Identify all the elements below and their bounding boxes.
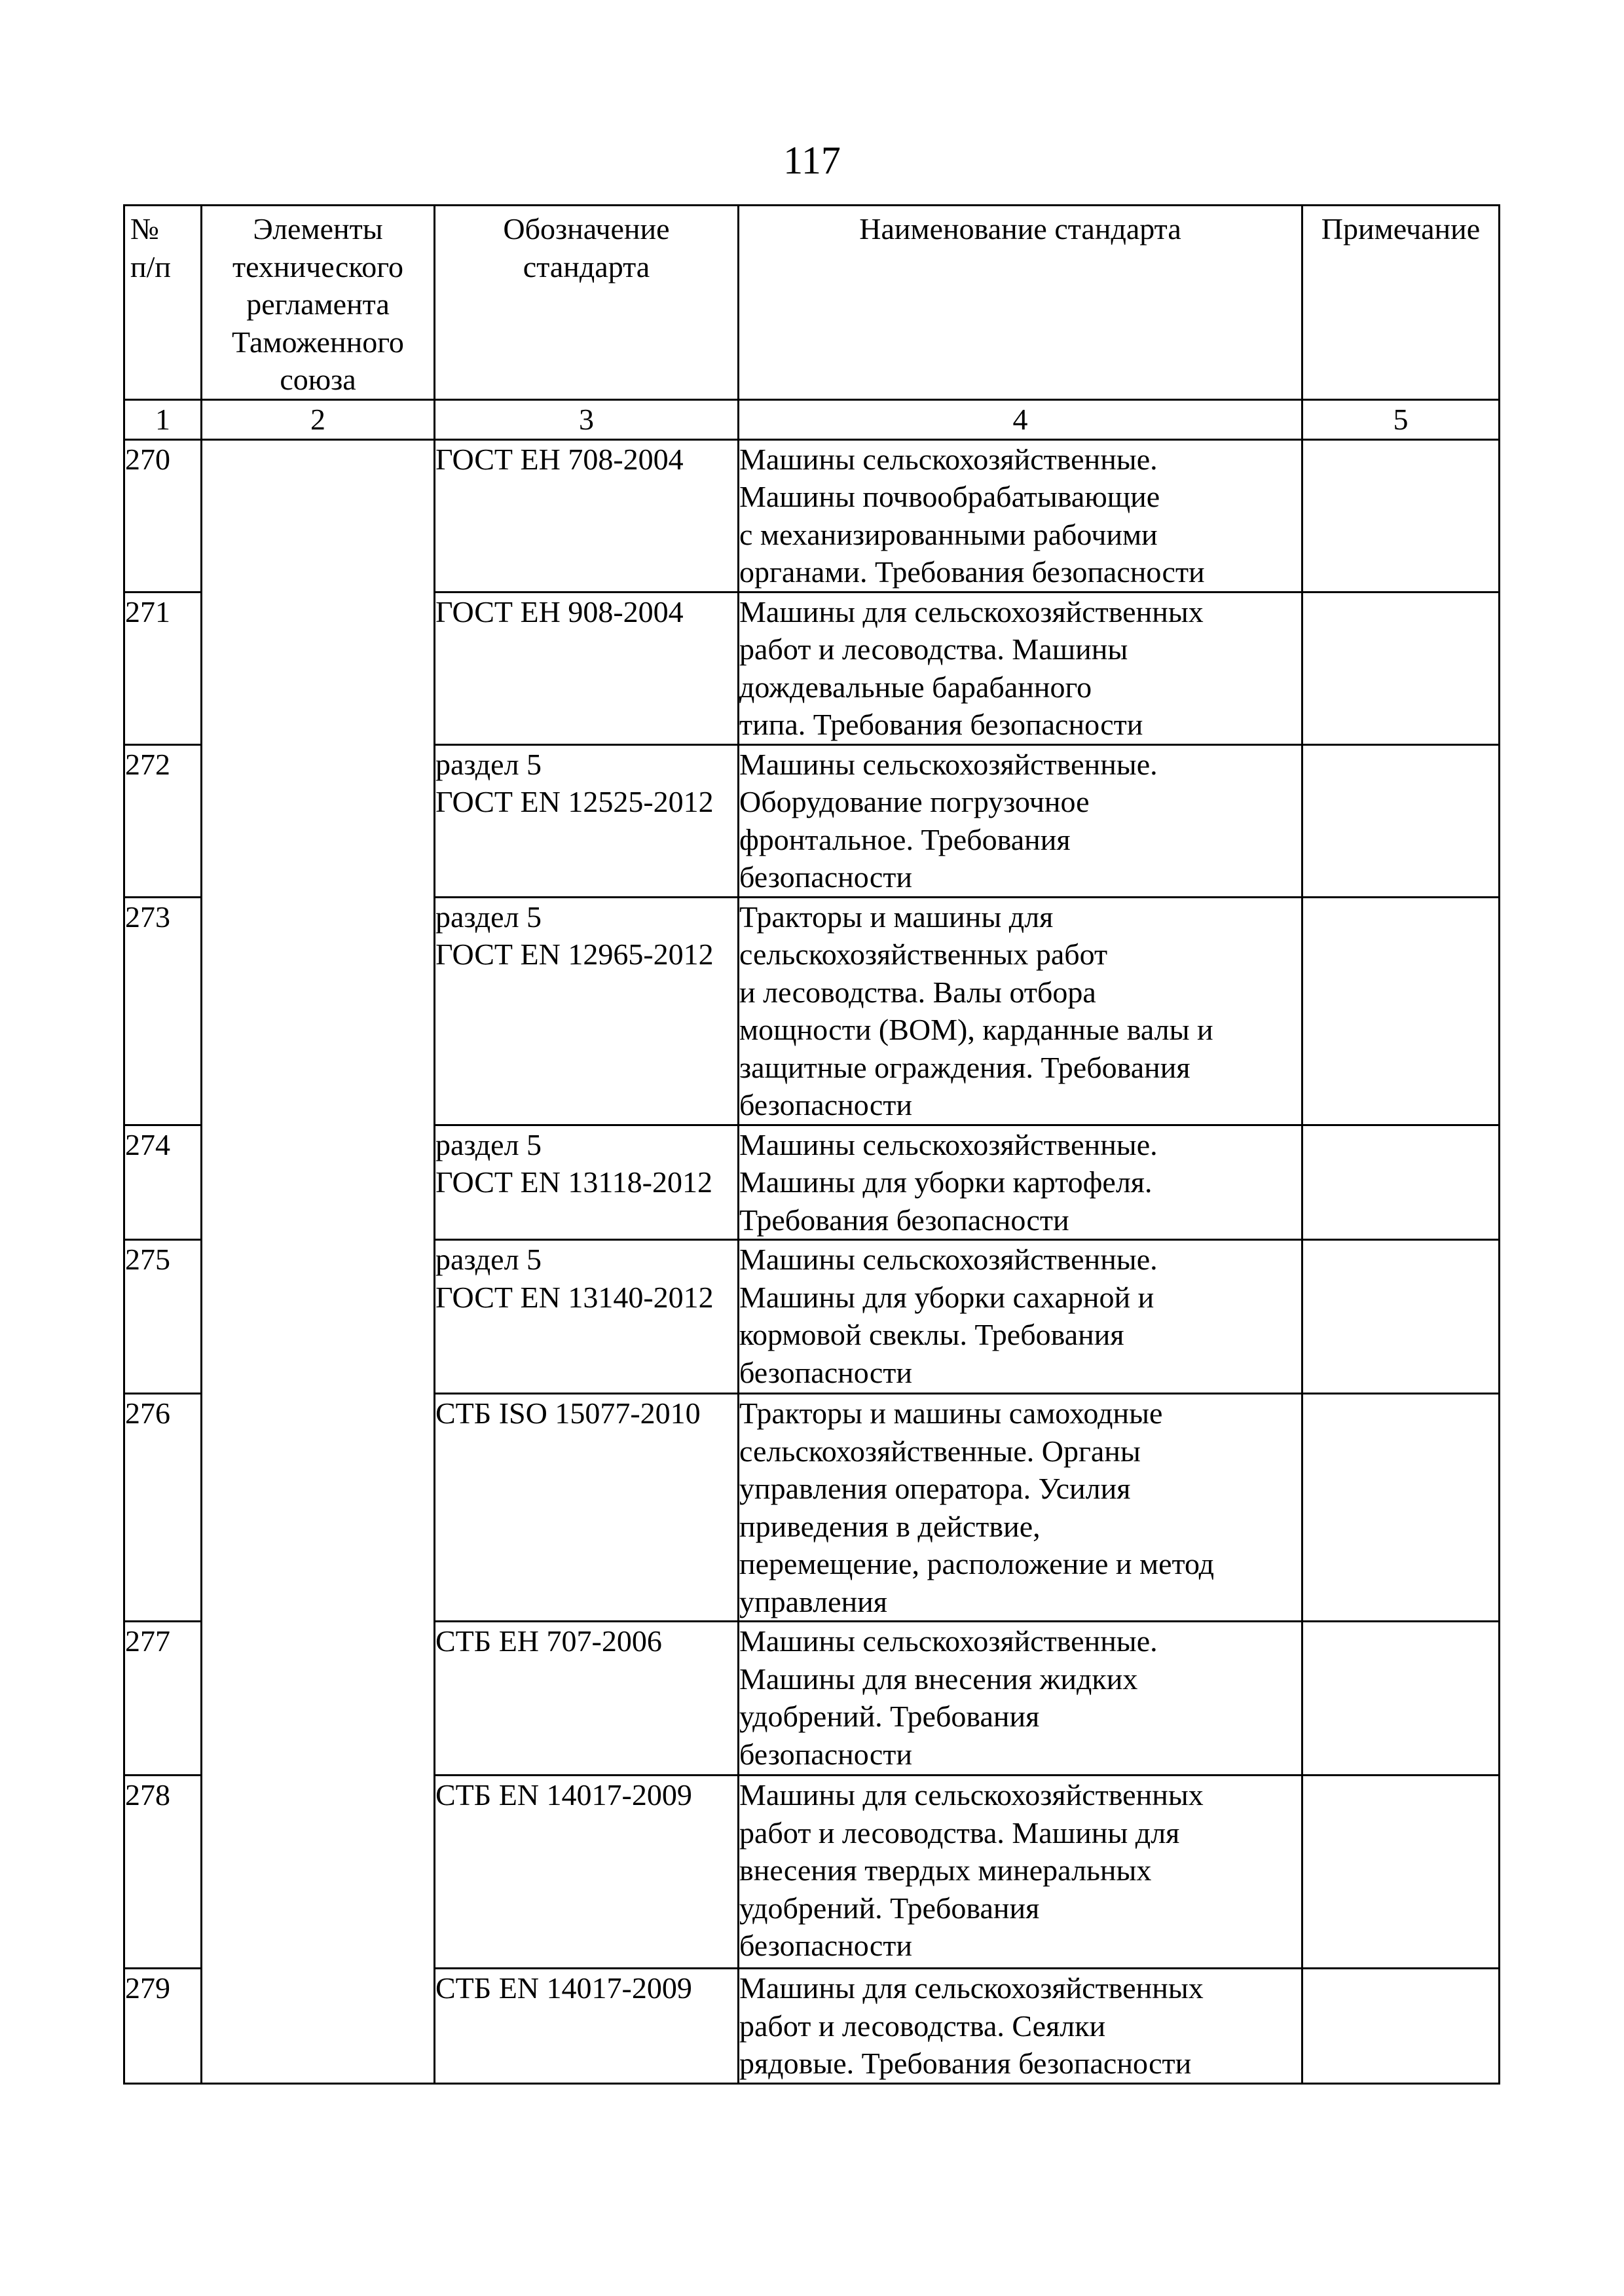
cell-line: Машины сельскохозяйственные. bbox=[739, 441, 1301, 479]
cell-line: безопасности bbox=[739, 1736, 1301, 1774]
note-cell bbox=[1302, 1125, 1500, 1240]
standard-name: Тракторы и машины длясельскохозяйственны… bbox=[739, 897, 1302, 1125]
column-number: 2 bbox=[202, 399, 435, 439]
cell-line: безопасности bbox=[739, 1086, 1301, 1124]
cell-line: СТБ EN 14017-2009 bbox=[435, 1969, 737, 2007]
cell-line: фронтальное. Требования bbox=[739, 821, 1301, 859]
standard-name: Тракторы и машины самоходныесельскохозяй… bbox=[739, 1394, 1302, 1622]
standard-name: Машины для сельскохозяйственныхработ и л… bbox=[739, 1969, 1302, 2084]
column-number: 4 bbox=[739, 399, 1302, 439]
standard-designation: СТБ ЕН 707-2006 bbox=[435, 1622, 739, 1776]
column-number: 3 bbox=[435, 399, 739, 439]
cell-line: безопасности bbox=[739, 1927, 1301, 1965]
standard-designation: ГОСТ ЕН 908-2004 bbox=[435, 592, 739, 744]
row-number: 277 bbox=[124, 1622, 202, 1776]
cell-line: защитные ограждения. Требования bbox=[739, 1049, 1301, 1087]
cell-line: внесения твердых минеральных bbox=[739, 1851, 1301, 1889]
cell-line: безопасности bbox=[739, 1354, 1301, 1392]
note-cell bbox=[1302, 1969, 1500, 2084]
table-row: 270ГОСТ ЕН 708-2004Машины сельскохозяйст… bbox=[124, 439, 1500, 592]
row-number: 272 bbox=[124, 744, 202, 897]
header-line: регламента bbox=[202, 285, 434, 323]
cell-line: мощности (ВОМ), карданные валы и bbox=[739, 1011, 1301, 1049]
cell-line: Машины сельскохозяйственные. bbox=[739, 1622, 1301, 1660]
cell-line: Машины для уборки сахарной и bbox=[739, 1279, 1301, 1317]
row-number: 274 bbox=[124, 1125, 202, 1240]
header-designation: Обозначениестандарта bbox=[435, 206, 739, 400]
cell-line: ГОСТ EN 13140-2012 bbox=[435, 1279, 737, 1317]
header-line: Наименование стандарта bbox=[739, 210, 1301, 248]
cell-line: перемещение, расположение и метод bbox=[739, 1545, 1301, 1583]
header-line: Примечание bbox=[1303, 210, 1498, 248]
cell-line: сельскохозяйственных работ bbox=[739, 936, 1301, 974]
cell-line: работ и лесоводства. Машины bbox=[739, 630, 1301, 668]
standard-designation: СТБ EN 14017-2009 bbox=[435, 1776, 739, 1969]
note-cell bbox=[1302, 1240, 1500, 1394]
header-elements: ЭлементытехническогорегламентаТаможенног… bbox=[202, 206, 435, 400]
row-number: 273 bbox=[124, 897, 202, 1125]
cell-line: СТБ EN 14017-2009 bbox=[435, 1776, 737, 1814]
cell-line: типа. Требования безопасности bbox=[739, 706, 1301, 744]
cell-line: Машины для уборки картофеля. bbox=[739, 1163, 1301, 1201]
standards-table: №п/п ЭлементытехническогорегламентаТамож… bbox=[123, 204, 1500, 2085]
cell-line: ГОСТ ЕН 908-2004 bbox=[435, 593, 737, 631]
standard-name: Машины сельскохозяйственные.Машины для в… bbox=[739, 1622, 1302, 1776]
header-name: Наименование стандарта bbox=[739, 206, 1302, 400]
cell-line: Требования безопасности bbox=[739, 1201, 1301, 1239]
note-cell bbox=[1302, 592, 1500, 744]
standard-name: Машины сельскохозяйственные.Оборудование… bbox=[739, 744, 1302, 897]
cell-line: ГОСТ EN 12525-2012 bbox=[435, 783, 737, 821]
row-number: 275 bbox=[124, 1240, 202, 1394]
standard-name: Машины сельскохозяйственные.Машины для у… bbox=[739, 1125, 1302, 1240]
cell-line: сельскохозяйственные. Органы bbox=[739, 1432, 1301, 1470]
cell-line: СТБ ЕН 707-2006 bbox=[435, 1622, 737, 1660]
row-number: 279 bbox=[124, 1969, 202, 2084]
note-cell bbox=[1302, 1776, 1500, 1969]
row-number: 271 bbox=[124, 592, 202, 744]
standard-designation: раздел 5ГОСТ EN 12965-2012 bbox=[435, 897, 739, 1125]
note-cell bbox=[1302, 897, 1500, 1125]
note-cell bbox=[1302, 439, 1500, 592]
regulation-elements-cell bbox=[202, 439, 435, 2083]
header-line: Обозначение bbox=[435, 210, 737, 248]
column-numbers-row: 1 2 3 4 5 bbox=[124, 399, 1500, 439]
cell-line: с механизированными рабочими bbox=[739, 516, 1301, 554]
header-line: технического bbox=[202, 248, 434, 286]
cell-line: ГОСТ EN 13118-2012 bbox=[435, 1163, 737, 1201]
cell-line: работ и лесоводства. Машины для bbox=[739, 1814, 1301, 1852]
cell-line: Машины для сельскохозяйственных bbox=[739, 1776, 1301, 1814]
row-number: 270 bbox=[124, 439, 202, 592]
header-note: Примечание bbox=[1302, 206, 1500, 400]
note-cell bbox=[1302, 1394, 1500, 1622]
cell-line: Тракторы и машины для bbox=[739, 898, 1301, 936]
cell-line: раздел 5 bbox=[435, 898, 737, 936]
header-line: Элементы bbox=[202, 210, 434, 248]
cell-line: управления bbox=[739, 1583, 1301, 1621]
table-body: 270ГОСТ ЕН 708-2004Машины сельскохозяйст… bbox=[124, 439, 1500, 2083]
column-number: 1 bbox=[124, 399, 202, 439]
cell-line: кормовой свеклы. Требования bbox=[739, 1316, 1301, 1354]
cell-line: рядовые. Требования безопасности bbox=[739, 2045, 1301, 2083]
cell-line: безопасности bbox=[739, 858, 1301, 896]
standard-name: Машины сельскохозяйственные.Машины для у… bbox=[739, 1240, 1302, 1394]
column-number: 5 bbox=[1302, 399, 1500, 439]
cell-line: удобрений. Требования bbox=[739, 1698, 1301, 1736]
cell-line: дождевальные барабанного bbox=[739, 668, 1301, 706]
header-line: п/п bbox=[130, 248, 200, 286]
standard-designation: раздел 5ГОСТ EN 13118-2012 bbox=[435, 1125, 739, 1240]
cell-line: Машины сельскохозяйственные. bbox=[739, 1241, 1301, 1279]
header-line: союза bbox=[202, 361, 434, 399]
cell-line: Машины для сельскохозяйственных bbox=[739, 593, 1301, 631]
cell-line: управления оператора. Усилия bbox=[739, 1470, 1301, 1508]
note-cell bbox=[1302, 1622, 1500, 1776]
cell-line: Машины сельскохозяйственные. bbox=[739, 746, 1301, 784]
standard-designation: раздел 5ГОСТ EN 12525-2012 bbox=[435, 744, 739, 897]
cell-line: органами. Требования безопасности bbox=[739, 553, 1301, 591]
cell-line: Машины сельскохозяйственные. bbox=[739, 1126, 1301, 1164]
header-line: стандарта bbox=[435, 248, 737, 286]
cell-line: Машины почвообрабатывающие bbox=[739, 478, 1301, 516]
cell-line: Машины для сельскохозяйственных bbox=[739, 1969, 1301, 2007]
cell-line: ГОСТ EN 12965-2012 bbox=[435, 936, 737, 974]
cell-line: раздел 5 bbox=[435, 1241, 737, 1279]
row-number: 276 bbox=[124, 1394, 202, 1622]
cell-line: работ и лесоводства. Сеялки bbox=[739, 2007, 1301, 2045]
cell-line: удобрений. Требования bbox=[739, 1889, 1301, 1927]
standard-designation: ГОСТ ЕН 708-2004 bbox=[435, 439, 739, 592]
standard-designation: раздел 5ГОСТ EN 13140-2012 bbox=[435, 1240, 739, 1394]
cell-line: Машины для внесения жидких bbox=[739, 1660, 1301, 1698]
cell-line: и лесоводства. Валы отбора bbox=[739, 974, 1301, 1011]
note-cell bbox=[1302, 744, 1500, 897]
page-number: 117 bbox=[0, 137, 1624, 183]
cell-line: раздел 5 bbox=[435, 1126, 737, 1164]
standard-name: Машины для сельскохозяйственныхработ и л… bbox=[739, 592, 1302, 744]
standard-name: Машины сельскохозяйственные.Машины почво… bbox=[739, 439, 1302, 592]
cell-line: СТБ ISO 15077-2010 bbox=[435, 1394, 737, 1432]
standard-designation: СТБ ISO 15077-2010 bbox=[435, 1394, 739, 1622]
header-row: №п/п ЭлементытехническогорегламентаТамож… bbox=[124, 206, 1500, 400]
row-number: 278 bbox=[124, 1776, 202, 1969]
cell-line: раздел 5 bbox=[435, 746, 737, 784]
cell-line: приведения в действие, bbox=[739, 1508, 1301, 1546]
cell-line: Тракторы и машины самоходные bbox=[739, 1394, 1301, 1432]
header-line: Таможенного bbox=[202, 323, 434, 361]
cell-line: Оборудование погрузочное bbox=[739, 783, 1301, 821]
header-number: №п/п bbox=[124, 206, 202, 400]
standard-designation: СТБ EN 14017-2009 bbox=[435, 1969, 739, 2084]
standard-name: Машины для сельскохозяйственныхработ и л… bbox=[739, 1776, 1302, 1969]
cell-line: ГОСТ ЕН 708-2004 bbox=[435, 441, 737, 479]
header-line: № bbox=[130, 210, 200, 248]
